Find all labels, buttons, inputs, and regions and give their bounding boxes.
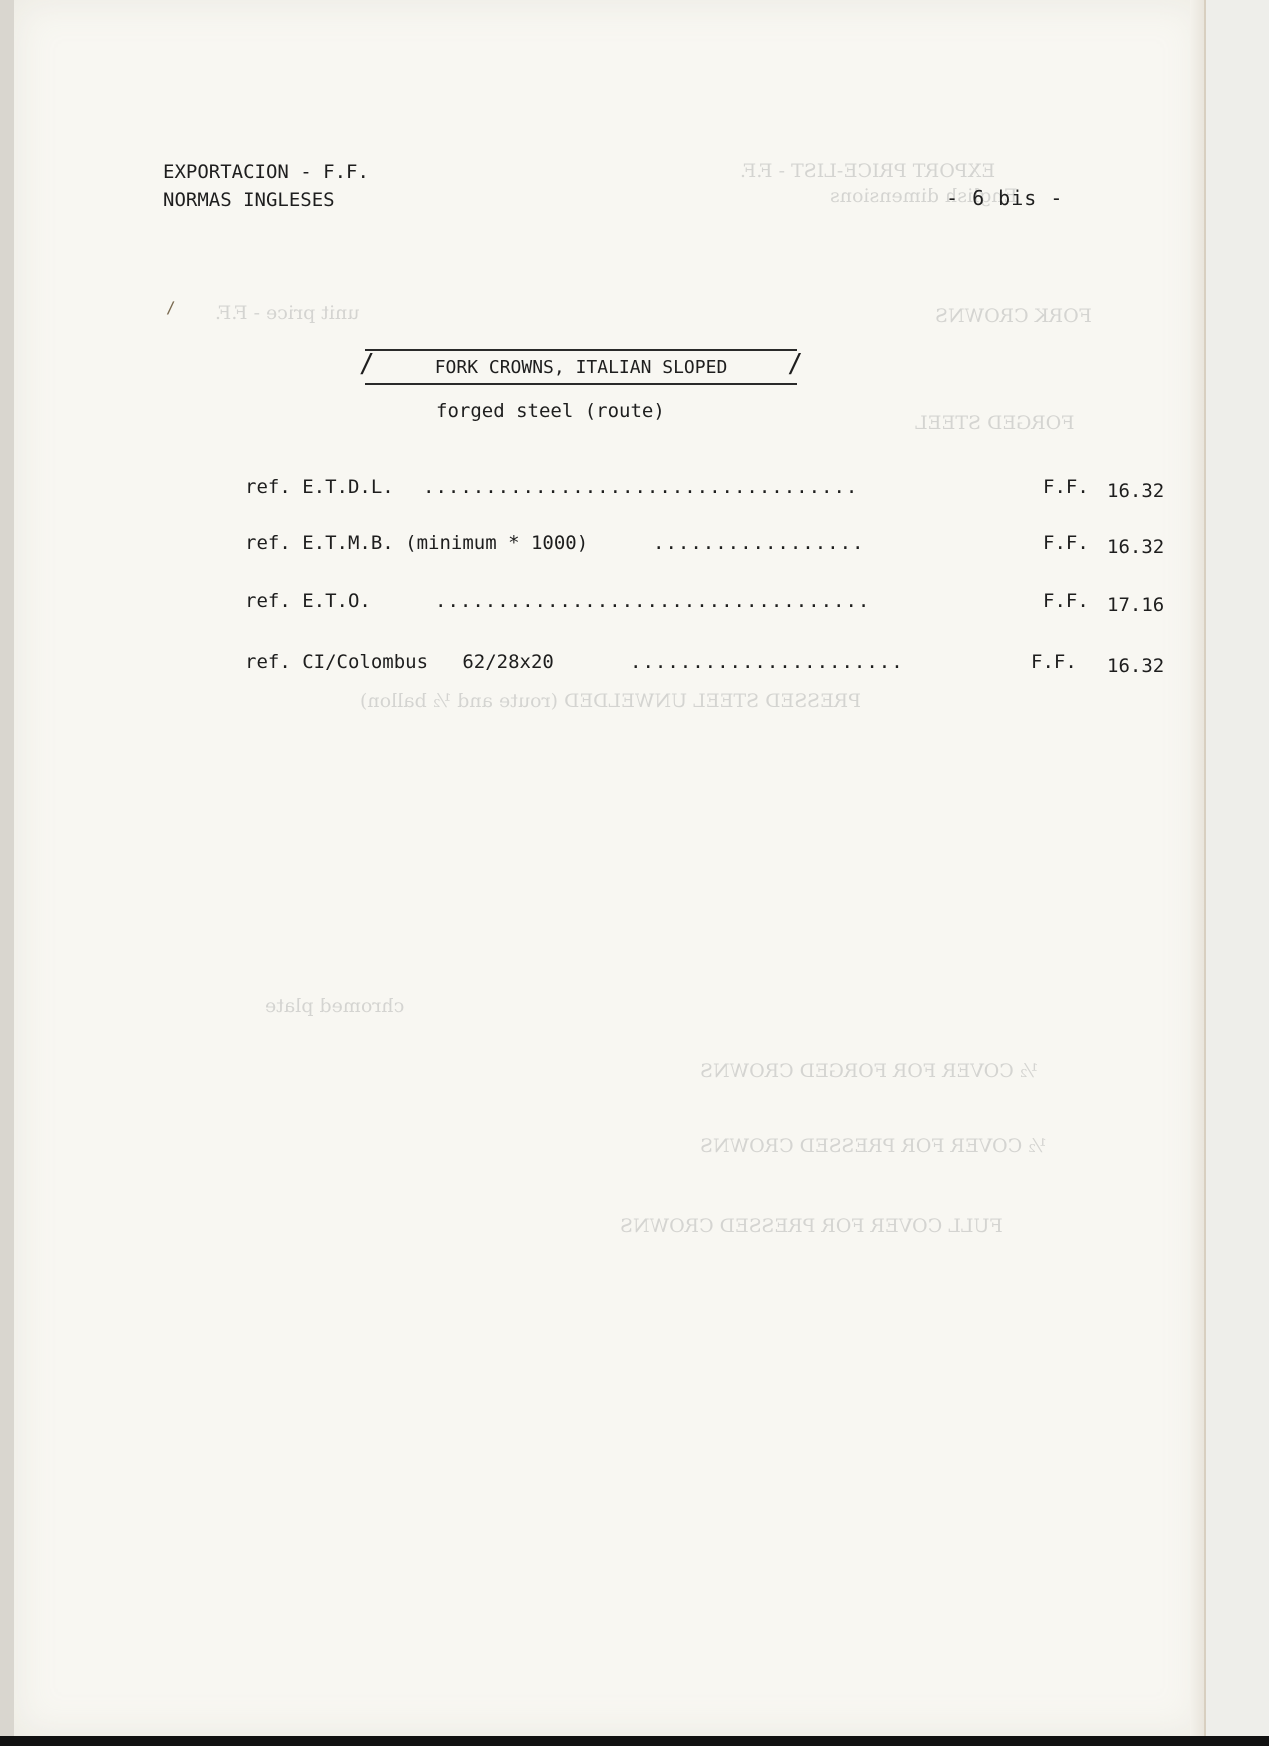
item-reference: ref. E.T.M.B. (minimum * 1000)	[245, 532, 588, 554]
slash-decoration: /	[359, 349, 375, 379]
section-subtitle: forged steel (route)	[436, 400, 665, 422]
page-number: - 6 bis -	[946, 186, 1063, 210]
item-price: 16.32	[1107, 536, 1164, 558]
bleed-through-text: chromed plate	[265, 995, 404, 1017]
section-title-box: / FORK CROWNS, ITALIAN SLOPED /	[365, 349, 797, 385]
bleed-through-text: FORGED STEEL	[915, 412, 1074, 434]
page-fold-shadow	[1190, 0, 1204, 1736]
price-row: ref. E.T.D.L. ..........................…	[245, 476, 1175, 504]
item-reference: ref. E.T.O.	[245, 590, 371, 612]
item-currency: F.F.	[1043, 532, 1089, 554]
scan-bottom-edge	[0, 1736, 1269, 1746]
item-currency: F.F.	[1043, 476, 1089, 498]
item-price: 16.32	[1107, 480, 1164, 502]
leader-dots: ...................................	[435, 590, 870, 612]
section-title: FORK CROWNS, ITALIAN SLOPED	[435, 357, 728, 378]
bleed-through-text: ½ COVER FOR FORGED CROWNS	[700, 1060, 1038, 1082]
item-currency: F.F.	[1031, 651, 1077, 673]
bleed-through-text: EXPORT PRICE-LIST - F.F.	[740, 160, 995, 182]
leader-dots: ......................	[630, 651, 904, 673]
leader-dots: ...................................	[423, 476, 858, 498]
price-row: ref. E.T.O. ............................…	[245, 590, 1175, 618]
bleed-through-text: FORK CROWNS	[935, 305, 1092, 327]
leader-dots: .................	[653, 532, 864, 554]
price-row: ref. CI/Colombus 62/28x20 ..............…	[245, 651, 1175, 679]
bleed-through-text: unit price - F.F.	[215, 302, 359, 324]
item-reference: ref. CI/Colombus 62/28x20	[245, 651, 554, 673]
bleed-through-text: ½ COVER FOR PRESSED CROWNS	[700, 1135, 1047, 1157]
pen-mark: ∕	[166, 298, 176, 317]
bleed-through-text: PRESSED STEEL UNWELDED (route and ½ ball…	[360, 690, 861, 712]
scan-left-edge	[0, 0, 14, 1746]
next-page-edge	[1204, 0, 1269, 1736]
item-reference: ref. E.T.D.L.	[245, 476, 394, 498]
bleed-through-text: FULL COVER FOR PRESSED CROWNS	[620, 1215, 1003, 1237]
header-line-1: EXPORTACION - F.F.	[163, 158, 369, 186]
item-price: 17.16	[1107, 594, 1164, 616]
slash-decoration: /	[787, 349, 803, 379]
document-page	[14, 0, 1204, 1736]
header-line-2: NORMAS INGLESES	[163, 186, 369, 214]
price-row: ref. E.T.M.B. (minimum * 1000) .........…	[245, 532, 1175, 560]
item-price: 16.32	[1107, 655, 1164, 677]
document-header: EXPORTACION - F.F. NORMAS INGLESES	[163, 158, 369, 214]
item-currency: F.F.	[1043, 590, 1089, 612]
